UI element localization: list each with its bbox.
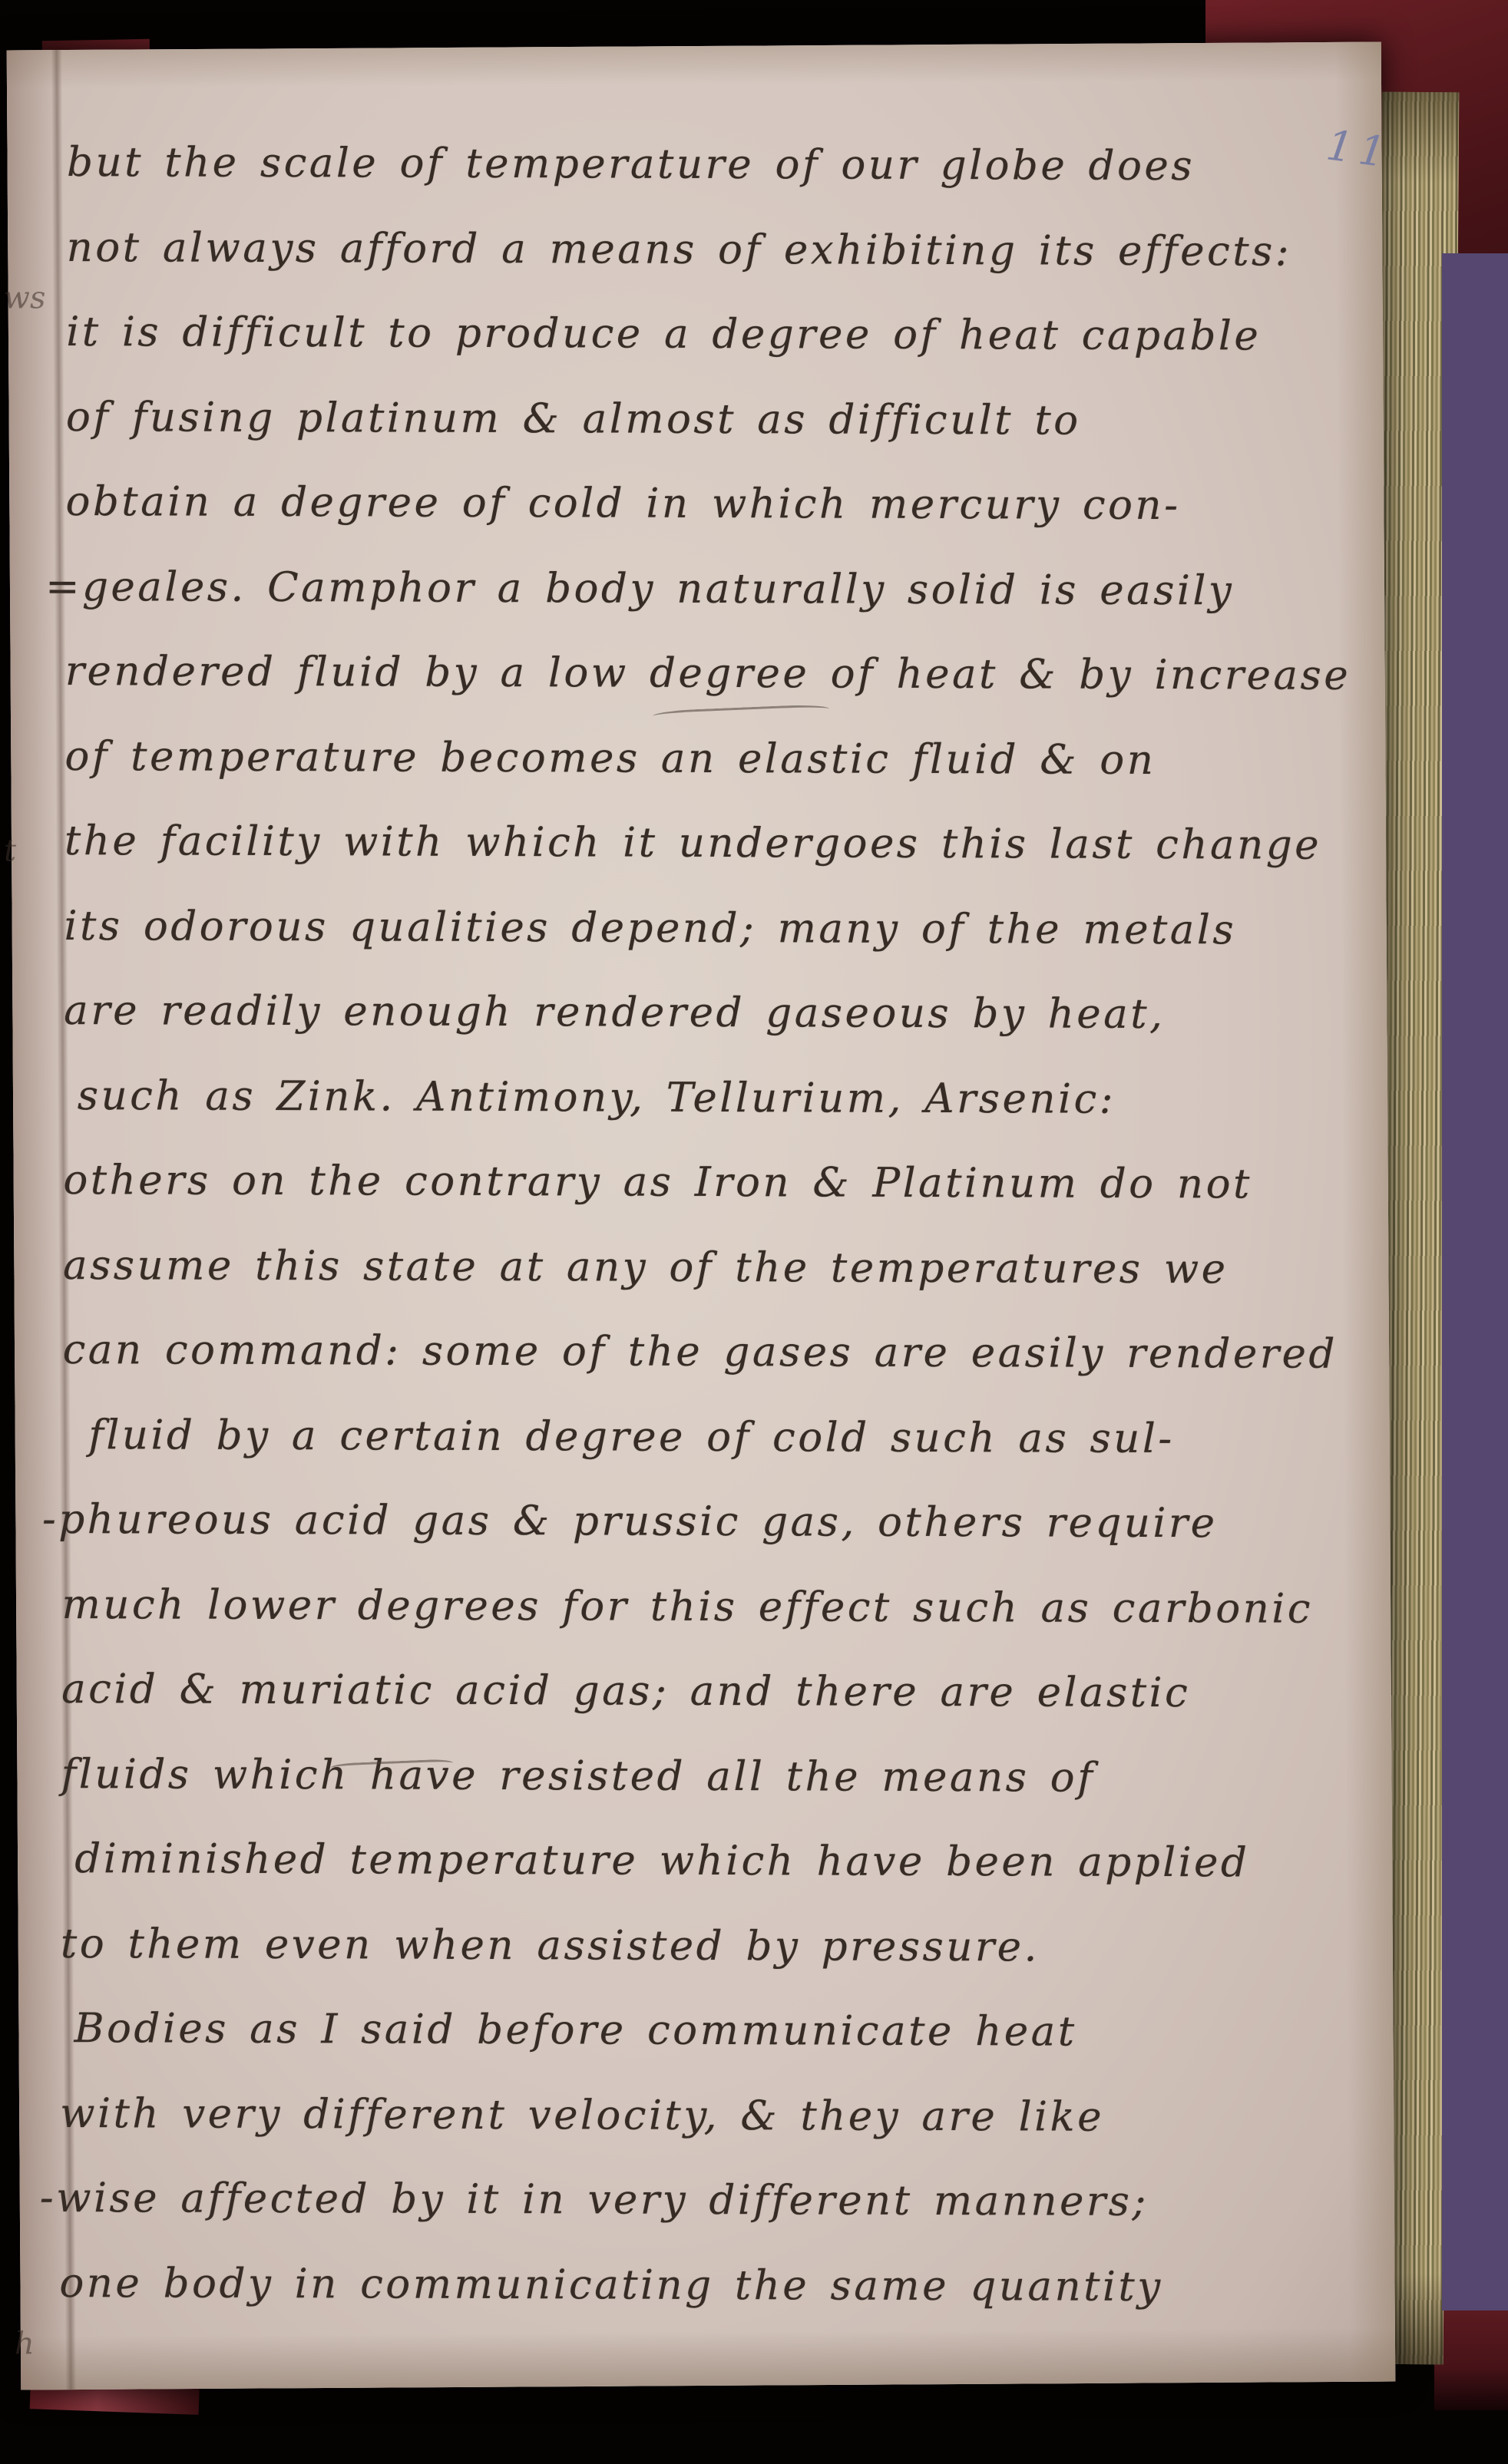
manuscript-line: of fusing platinum & almost as difficult… xyxy=(66,375,1341,464)
manuscript-line: its odorous qualities depend; many of th… xyxy=(64,884,1338,973)
manuscript-line: obtain a degree of cold in which mercury… xyxy=(65,460,1340,549)
manuscript-line: to them even when assisted by pressure. xyxy=(61,1902,1335,1991)
manuscript-line: can command: some of the gases are easil… xyxy=(62,1308,1337,1397)
manuscript-line: diminished temperature which have been a… xyxy=(74,1817,1335,1906)
ink-bleed-mark: t xyxy=(4,833,16,868)
manuscript-line: but the scale of temperature of our glob… xyxy=(67,121,1341,210)
manuscript-line: are readily enough rendered gaseous by h… xyxy=(64,969,1338,1058)
manuscript-line: it is difficult to produce a degree of h… xyxy=(66,290,1341,379)
manuscript-line: others on the contrary as Iron & Platinu… xyxy=(63,1138,1338,1227)
manuscript-line: with very different velocity, & they are… xyxy=(60,2072,1334,2161)
manuscript-line: -phureous acid gas & prussic gas, others… xyxy=(42,1478,1337,1567)
manuscript-line: the facility with which it undergoes thi… xyxy=(64,799,1339,888)
manuscript-line: Bodies as I said before communicate heat xyxy=(74,1987,1334,2076)
manuscript-line: rendered fluid by a low degree of heat &… xyxy=(65,629,1340,718)
manuscript-line: such as Zink. Antimony, Tellurium, Arsen… xyxy=(78,1054,1338,1143)
photograph-of-manuscript-page: 11 but the scale of temperature of our g… xyxy=(0,0,1508,2464)
manuscript-line: one body in communicating the same quant… xyxy=(59,2241,1334,2330)
manuscript-page: 11 but the scale of temperature of our g… xyxy=(7,42,1396,2390)
manuscript-line: much lower degrees for this effect such … xyxy=(61,1563,1336,1652)
manuscript-line: =geales. Camphor a body naturally solid … xyxy=(45,544,1340,633)
manuscript-line: assume this state at any of the temperat… xyxy=(63,1224,1338,1313)
manuscript-line: acid & muriatic acid gas; and there are … xyxy=(61,1647,1336,1736)
handwritten-text-block: but the scale of temperature of our glob… xyxy=(59,121,1341,2330)
ink-bleed-mark: h xyxy=(15,2326,35,2361)
manuscript-line: -wise affected by it in very different m… xyxy=(40,2156,1334,2245)
manuscript-line: fluids which have resisted all the means… xyxy=(61,1732,1336,1822)
ink-bleed-mark: ws xyxy=(4,280,46,315)
marbled-board-strip xyxy=(1442,253,1508,2310)
manuscript-line: of temperature becomes an elastic fluid … xyxy=(64,715,1339,804)
manuscript-line: fluid by a certain degree of cold such a… xyxy=(88,1393,1337,1482)
manuscript-line: not always afford a means of exhibiting … xyxy=(66,206,1341,295)
